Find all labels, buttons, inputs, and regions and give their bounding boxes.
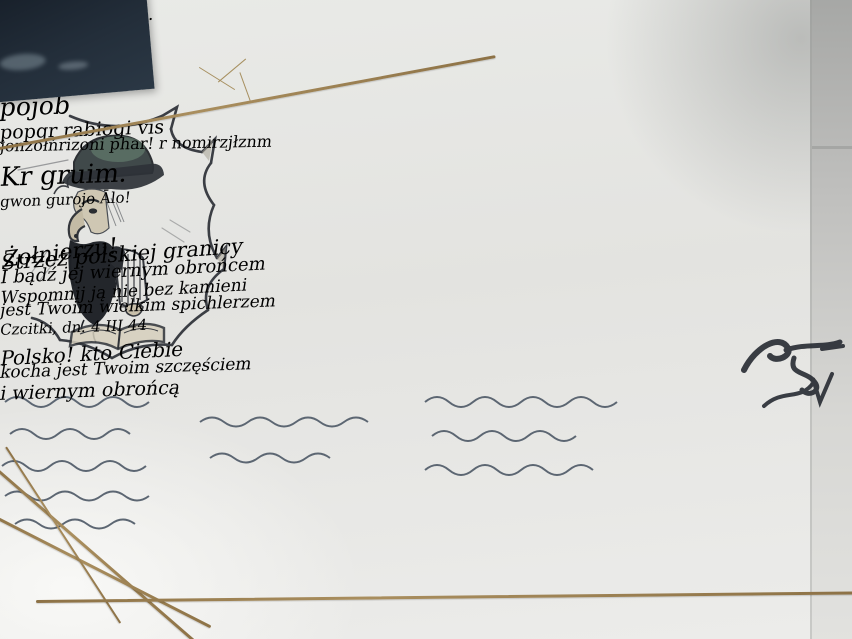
ghost-writing-right-2 bbox=[0, 484, 200, 534]
dark-photo-corner bbox=[0, 0, 155, 103]
ghost-writing-left-2 bbox=[195, 410, 415, 480]
signature-scribble bbox=[736, 318, 846, 414]
photographed-scene: czytaj. Ćwielarka. bbox=[0, 0, 852, 639]
ghost-writing-right-1 bbox=[420, 390, 660, 480]
photo-highlight-2 bbox=[58, 60, 89, 71]
wood-plank-top bbox=[536, 0, 632, 108]
twine-string-bottom bbox=[36, 591, 852, 603]
photo-highlight bbox=[0, 52, 46, 72]
